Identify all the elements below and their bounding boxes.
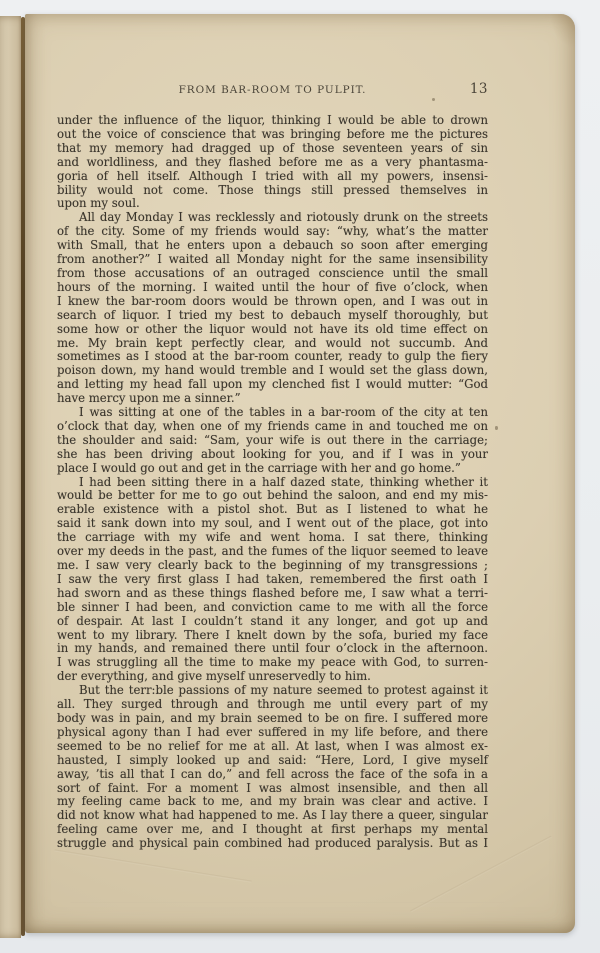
text-line: some how or other the liquor would not h… xyxy=(57,323,488,337)
text-line: me. My brain kept perfectly clear, and w… xyxy=(57,337,488,351)
text-line: erable existence with a pistol shot. But… xyxy=(57,503,488,517)
running-title: FROM BAR-ROOM TO PULPIT. xyxy=(179,84,367,96)
text-line: in my hands, and remained there until fo… xyxy=(57,642,488,656)
text-line: said it sank down into my soul, and I we… xyxy=(57,517,488,531)
text-line: would be better for me to go out behind … xyxy=(57,489,488,503)
text-line: I was sitting at one of the tables in a … xyxy=(57,406,488,420)
text-line: feeling came over me, and I thought at f… xyxy=(57,823,488,837)
text-line: all. They surged through and through me … xyxy=(57,698,488,712)
text-line: that my memory had dragged up of those s… xyxy=(57,142,488,156)
scan-background: FROM BAR-ROOM TO PULPIT. 13 under the in… xyxy=(0,0,600,953)
text-line: poison down, my hand would tremble and I… xyxy=(57,364,488,378)
text-line: search of liquor. I tried my best to deb… xyxy=(57,309,488,323)
text-line: and letting my head fall upon my clenche… xyxy=(57,378,488,392)
text-line: sort of faint. For a moment I was almost… xyxy=(57,782,488,796)
text-line: did not know what had happened to me. As… xyxy=(57,809,488,823)
book-page: FROM BAR-ROOM TO PULPIT. 13 under the in… xyxy=(25,14,575,933)
text-line: I knew the bar-room doors would be throw… xyxy=(57,295,488,309)
body-text: under the influence of the liquor, think… xyxy=(57,114,488,851)
text-line: out the voice of conscience that was bri… xyxy=(57,128,488,142)
text-line: under the influence of the liquor, think… xyxy=(57,114,488,128)
text-line: had sworn and as these things flashed be… xyxy=(57,587,488,601)
text-line: All day Monday I was recklessly and riot… xyxy=(57,211,488,225)
text-line: But the terr:ble passions of my nature s… xyxy=(57,684,488,698)
text-line: seemed to be no relief for me at all. At… xyxy=(57,740,488,754)
text-line: and worldliness, and they flashed before… xyxy=(57,156,488,170)
text-line: with Small, that he enters upon a debauc… xyxy=(57,239,488,253)
text-line: I had been sitting there in a half dazed… xyxy=(57,476,488,490)
paper-speck xyxy=(432,98,435,101)
page-header: FROM BAR-ROOM TO PULPIT. 13 xyxy=(57,83,488,99)
text-line: the carriage with my wife and went homa.… xyxy=(57,531,488,545)
text-line: hausted, I simply looked up and said: “H… xyxy=(57,754,488,768)
paper-crease xyxy=(70,902,505,904)
text-line: der everything, and give myself unreserv… xyxy=(57,670,488,684)
text-line: away, ’tis all that I can do,” and fell … xyxy=(57,768,488,782)
paper-crease xyxy=(54,849,252,882)
text-line: place I would go out and get in the carr… xyxy=(57,462,488,476)
text-line: o’clock that day, when one of my friends… xyxy=(57,420,488,434)
page-number: 13 xyxy=(470,81,488,97)
text-line: from another?” I waited all Monday night… xyxy=(57,253,488,267)
corner-fold xyxy=(545,14,575,54)
text-line: goria of hell itself. Although I tried w… xyxy=(57,170,488,184)
text-line: went to my library. There I knelt down b… xyxy=(57,629,488,643)
text-line: me. I saw very clearly back to the begin… xyxy=(57,559,488,573)
text-line: my feeling came back to me, and my brain… xyxy=(57,795,488,809)
text-line: of despair. At last I couldn’t stand it … xyxy=(57,615,488,629)
text-line: from those accusations of an outraged co… xyxy=(57,267,488,281)
text-line: ble sinner I had been, and conviction ca… xyxy=(57,601,488,615)
text-line: body was in pain, and my brain seemed to… xyxy=(57,712,488,726)
text-line: upon my soul. xyxy=(57,197,488,211)
text-line: struggle and physical pain combined had … xyxy=(57,837,488,851)
paper-speck xyxy=(495,426,498,430)
text-line: of the city. Some of my friends would sa… xyxy=(57,225,488,239)
text-line: the shoulder and said: “Sam, your wife i… xyxy=(57,434,488,448)
text-line: she has been driving about looking for y… xyxy=(57,448,488,462)
text-line: I was struggling all the time to make my… xyxy=(57,656,488,670)
text-line: sometimes as I stood at the bar-room cou… xyxy=(57,350,488,364)
previous-page-edge xyxy=(0,16,21,938)
text-line: physical agony than I had ever suffered … xyxy=(57,726,488,740)
text-line: hours of the morning. I waited until the… xyxy=(57,281,488,295)
text-line: I saw the very first glass I had taken, … xyxy=(57,573,488,587)
text-line: bility would not come. Those things stil… xyxy=(57,184,488,198)
text-line: over my deeds in the past, and the fumes… xyxy=(57,545,488,559)
text-line: have mercy upon me a sinner.” xyxy=(57,392,488,406)
